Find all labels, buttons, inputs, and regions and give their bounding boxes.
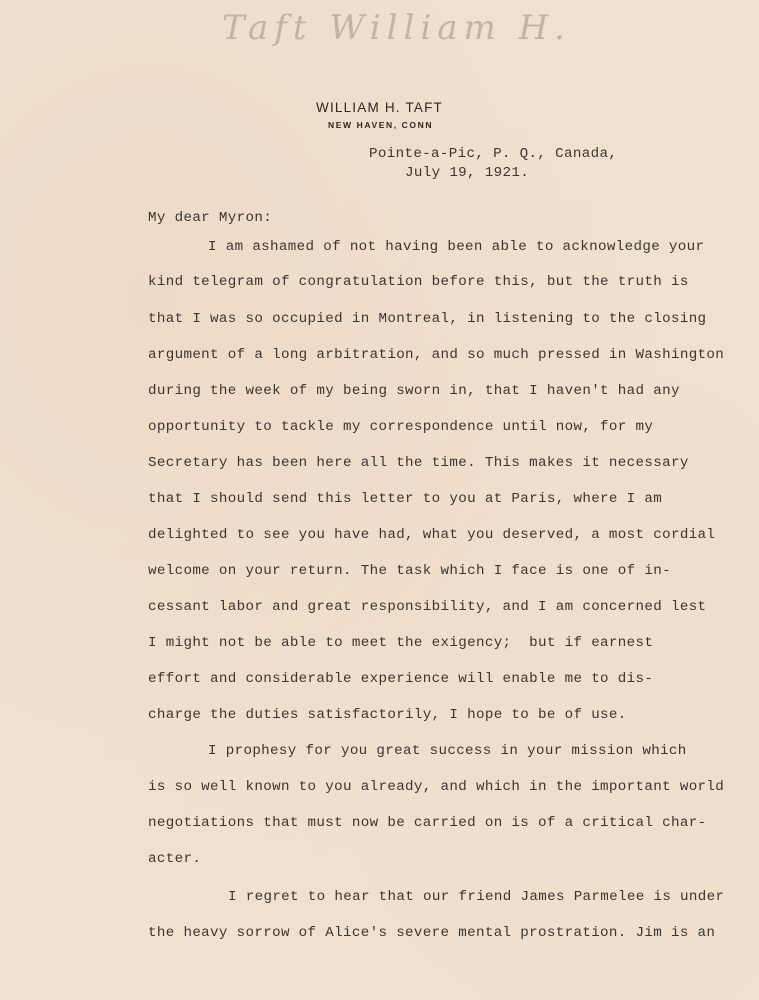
- body-line: I might not be able to meet the exigency…: [148, 635, 653, 651]
- body-line: during the week of my being sworn in, th…: [148, 383, 680, 399]
- letter-page: Taft William H. WILLIAM H. TAFT NEW HAVE…: [0, 0, 759, 1000]
- body-line: I regret to hear that our friend James P…: [228, 889, 724, 905]
- body-line: I prophesy for you great success in your…: [208, 743, 687, 759]
- body-line: I am ashamed of not having been able to …: [208, 239, 704, 255]
- body-line: kind telegram of congratulation before t…: [148, 274, 689, 290]
- body-line: opportunity to tackle my correspondence …: [148, 419, 653, 435]
- body-line: negotiations that must now be carried on…: [148, 815, 706, 831]
- body-line: Secretary has been here all the time. Th…: [148, 455, 689, 471]
- body-line: argument of a long arbitration, and so m…: [148, 347, 724, 363]
- dateline-place: Pointe-a-Pic, P. Q., Canada,: [369, 146, 617, 162]
- body-line: effort and considerable experience will …: [148, 671, 653, 687]
- body-line: acter.: [148, 851, 201, 867]
- body-line: is so well known to you already, and whi…: [148, 779, 724, 795]
- body-line: cessant labor and great responsibility, …: [148, 599, 706, 615]
- letterhead-city: NEW HAVEN, CONN: [328, 120, 433, 130]
- body-line: welcome on your return. The task which I…: [148, 563, 671, 579]
- dateline-date: July 19, 1921.: [405, 165, 529, 181]
- letterhead-name: WILLIAM H. TAFT: [316, 100, 443, 115]
- body-line: the heavy sorrow of Alice's severe menta…: [148, 925, 715, 941]
- body-line: charge the duties satisfactorily, I hope…: [148, 707, 627, 723]
- salutation: My dear Myron:: [148, 210, 272, 226]
- body-line: that I should send this letter to you at…: [148, 491, 662, 507]
- body-line: delighted to see you have had, what you …: [148, 527, 715, 543]
- pencil-annotation: Taft William H.: [222, 8, 571, 48]
- body-line: that I was so occupied in Montreal, in l…: [148, 311, 706, 327]
